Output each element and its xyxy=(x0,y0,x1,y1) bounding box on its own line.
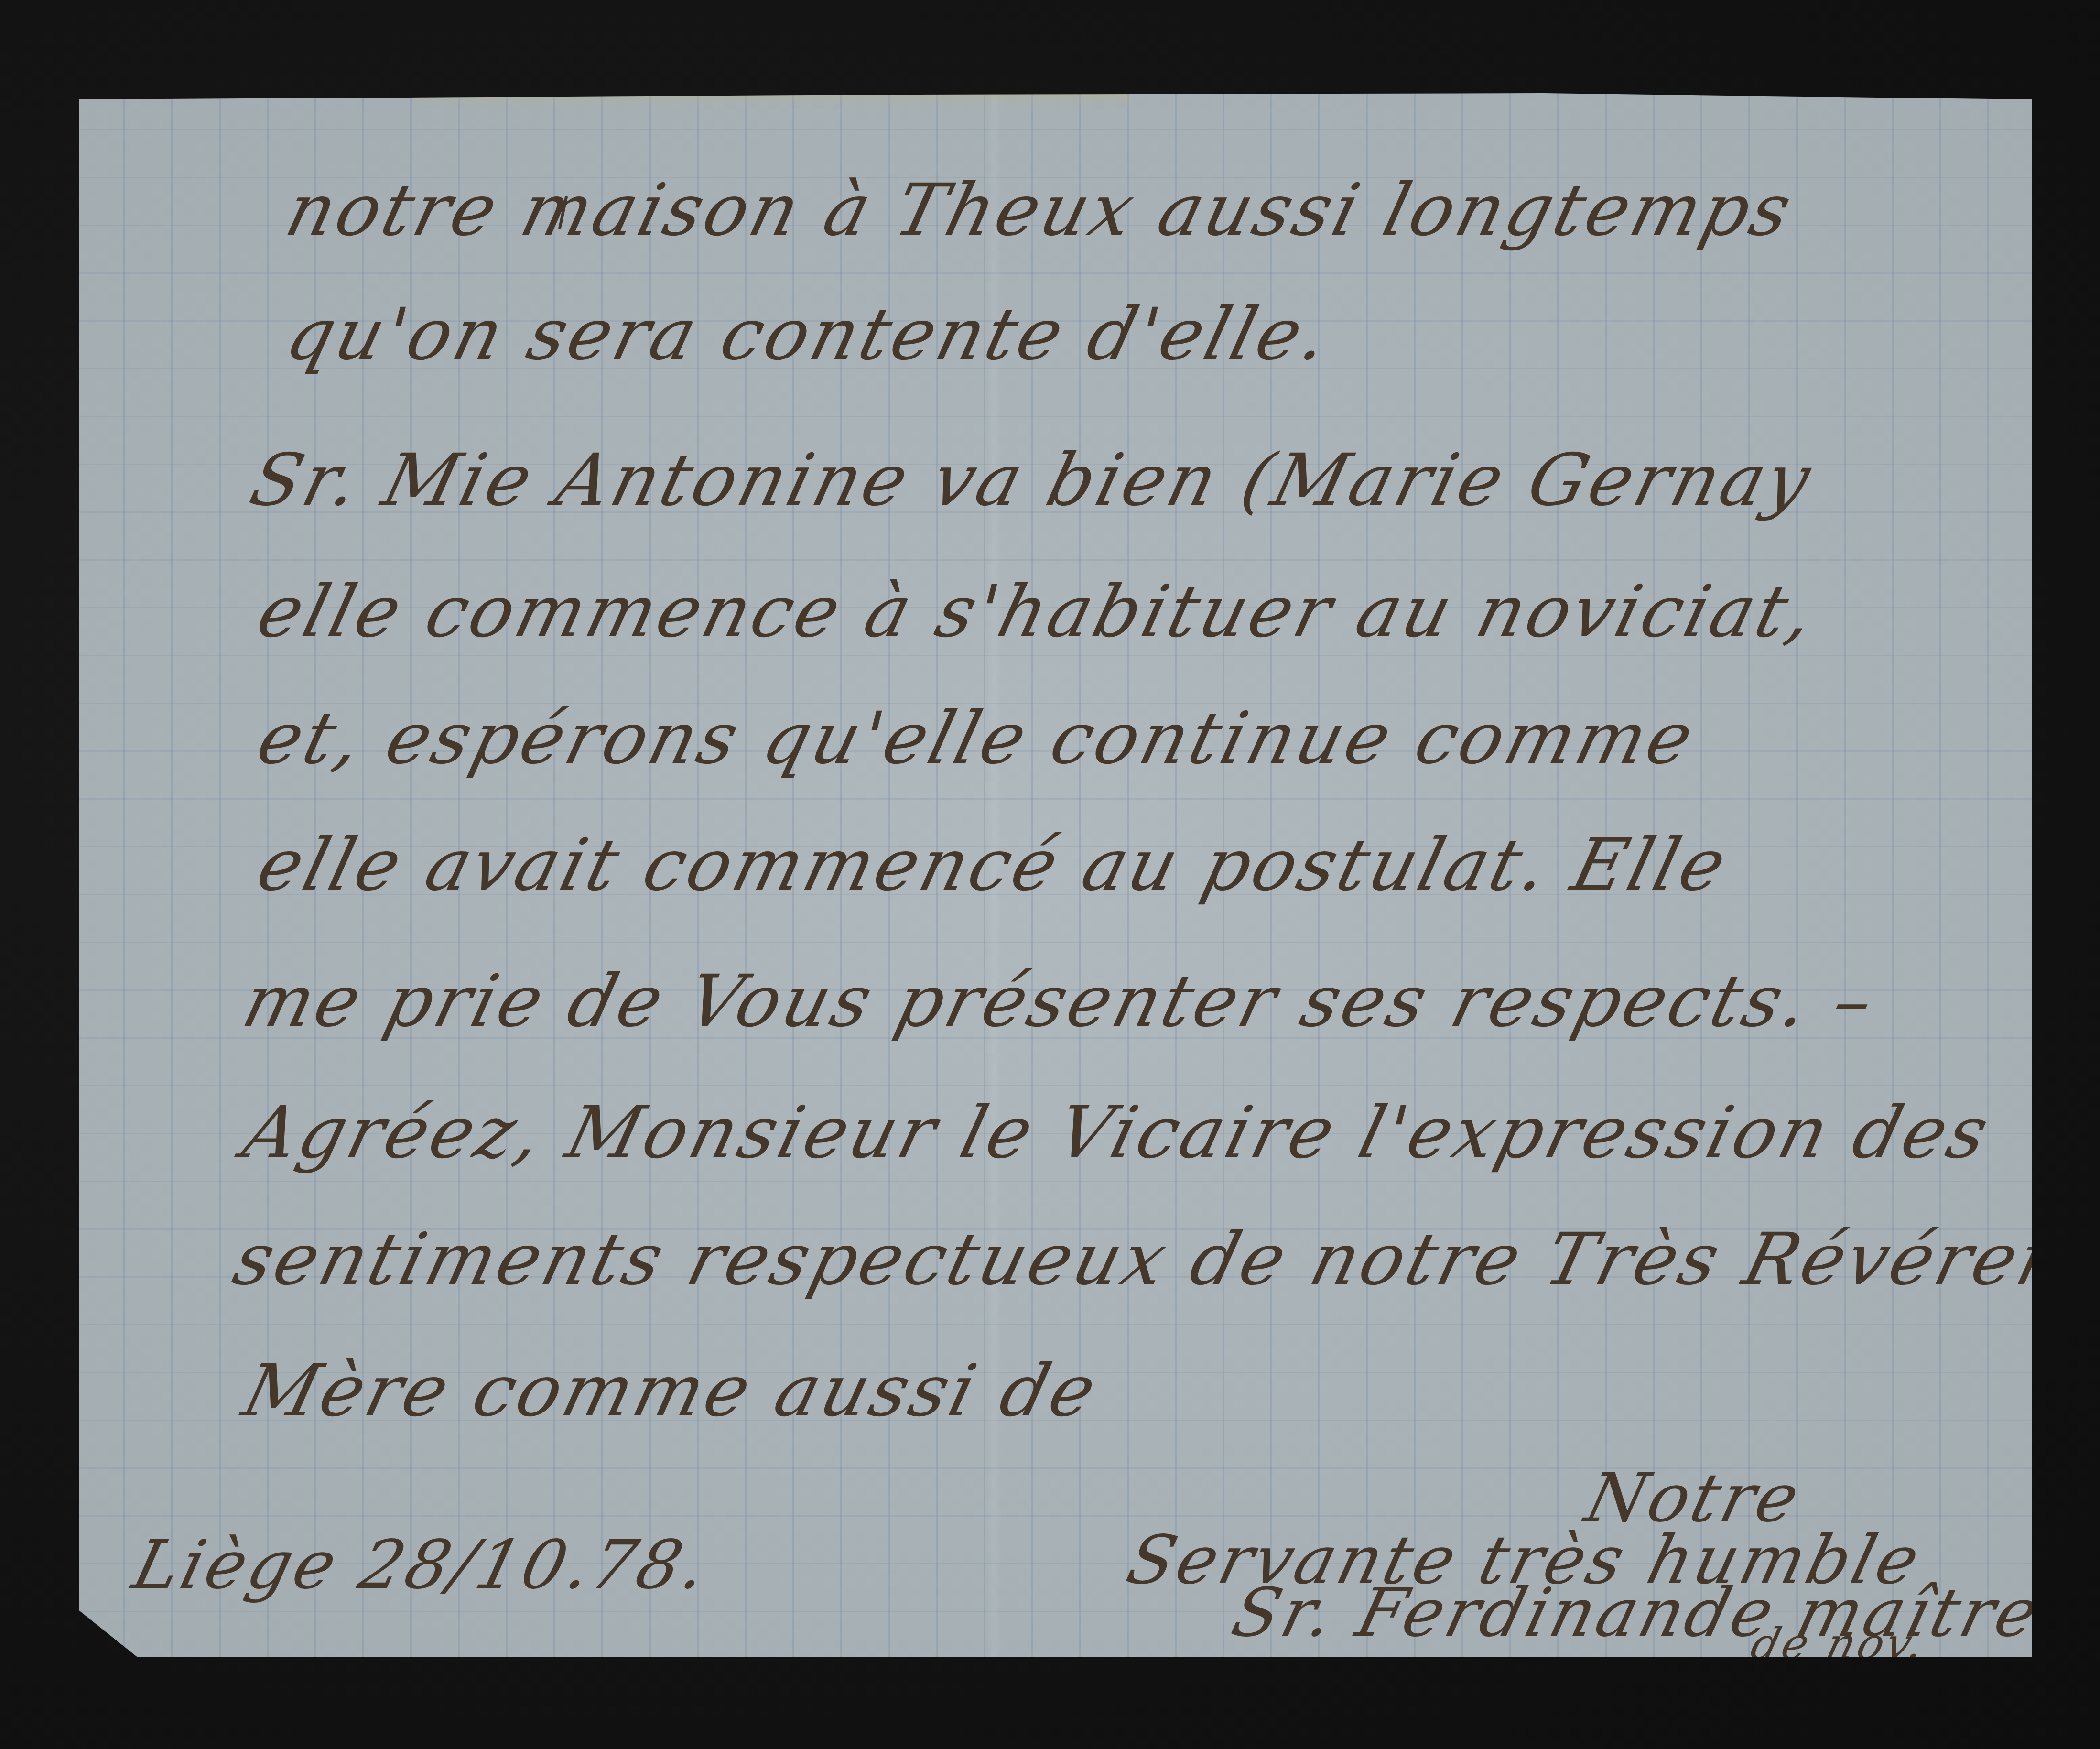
letter-line-4: elle commence à s'habituer au noviciat, xyxy=(251,576,1823,648)
place-date: Liège 28/10.78. xyxy=(127,1532,716,1599)
signature: Sr. Ferdinande maîtresse xyxy=(1226,1580,2100,1647)
letter-line-2: qu'on sera contente d'elle. xyxy=(280,299,1338,370)
letter-line-5: et, espérons qu'elle continue comme xyxy=(251,703,1702,774)
letter-line-3: Sr. Mie Antonine va bien (Marie Gernay xyxy=(244,445,1820,516)
letter-line-7: me prie de Vous présenter ses respects. … xyxy=(237,966,1883,1037)
letter-line-6: elle avait commencé au postulat. Elle xyxy=(251,829,1735,901)
letter-line-1: notre maison à Theux aussi longtemps xyxy=(280,174,1800,246)
signature-subtitle: de nov. xyxy=(1747,1623,1931,1666)
letter-paper: notre maison à Theux aussi longtemps qu'… xyxy=(79,93,2032,1657)
letter-line-9: sentiments respectueux de notre Très Rév… xyxy=(227,1224,2100,1295)
letter-line-8: Agréez, Monsieur le Vicaire l'expression… xyxy=(237,1097,1998,1169)
letter-line-10: Mère comme aussi de xyxy=(237,1355,1105,1427)
